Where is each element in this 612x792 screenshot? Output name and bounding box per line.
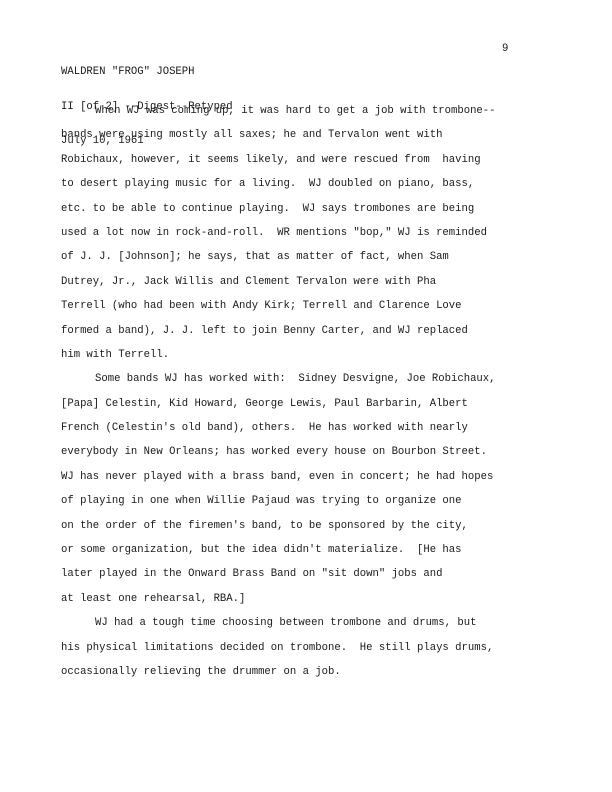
- interviewee-name: WALDREN "FROG" JOSEPH: [61, 67, 233, 79]
- paragraph-2-line: WJ has never played with a brass band, e…: [61, 465, 581, 489]
- paragraph-3-line: his physical limitations decided on trom…: [61, 636, 581, 660]
- paragraph-3-line: WJ had a tough time choosing between tro…: [61, 611, 581, 635]
- paragraph-2-line: on the order of the firemen's band, to b…: [61, 514, 581, 538]
- paragraph-2-line: Some bands WJ has worked with: Sidney De…: [61, 367, 581, 391]
- paragraph-1-line: used a lot now in rock-and-roll. WR ment…: [61, 221, 581, 245]
- paragraph-1-line: bands were using mostly all saxes; he an…: [61, 123, 581, 147]
- paragraph-1-line: formed a band), J. J. left to join Benny…: [61, 319, 581, 343]
- document-body: When WJ was coming up, it was hard to ge…: [61, 99, 581, 684]
- document-page: WALDREN "FROG" JOSEPH II [of 2] --Digest…: [0, 0, 612, 792]
- paragraph-1-line: Dutrey, Jr., Jack Willis and Clement Ter…: [61, 270, 581, 294]
- paragraph-1-line: him with Terrell.: [61, 343, 581, 367]
- paragraph-2-line: later played in the Onward Brass Band on…: [61, 562, 581, 586]
- paragraph-2-line: of playing in one when Willie Pajaud was…: [61, 489, 581, 513]
- paragraph-3-line: occasionally relieving the drummer on a …: [61, 660, 581, 684]
- paragraph-1-line: of J. J. [Johnson]; he says, that as mat…: [61, 245, 581, 269]
- paragraph-2-line: everybody in New Orleans; has worked eve…: [61, 440, 581, 464]
- paragraph-2-line: at least one rehearsal, RBA.]: [61, 587, 581, 611]
- paragraph-1-line: to desert playing music for a living. WJ…: [61, 172, 581, 196]
- paragraph-2-line: or some organization, but the idea didn'…: [61, 538, 581, 562]
- paragraph-1-line: etc. to be able to continue playing. WJ …: [61, 197, 581, 221]
- paragraph-1-line: Robichaux, however, it seems likely, and…: [61, 148, 581, 172]
- paragraph-2-line: [Papa] Celestin, Kid Howard, George Lewi…: [61, 392, 581, 416]
- paragraph-1-line: Terrell (who had been with Andy Kirk; Te…: [61, 294, 581, 318]
- page-number: 9: [502, 44, 508, 56]
- paragraph-2-line: French (Celestin's old band), others. He…: [61, 416, 581, 440]
- paragraph-1-line: When WJ was coming up, it was hard to ge…: [61, 99, 581, 123]
